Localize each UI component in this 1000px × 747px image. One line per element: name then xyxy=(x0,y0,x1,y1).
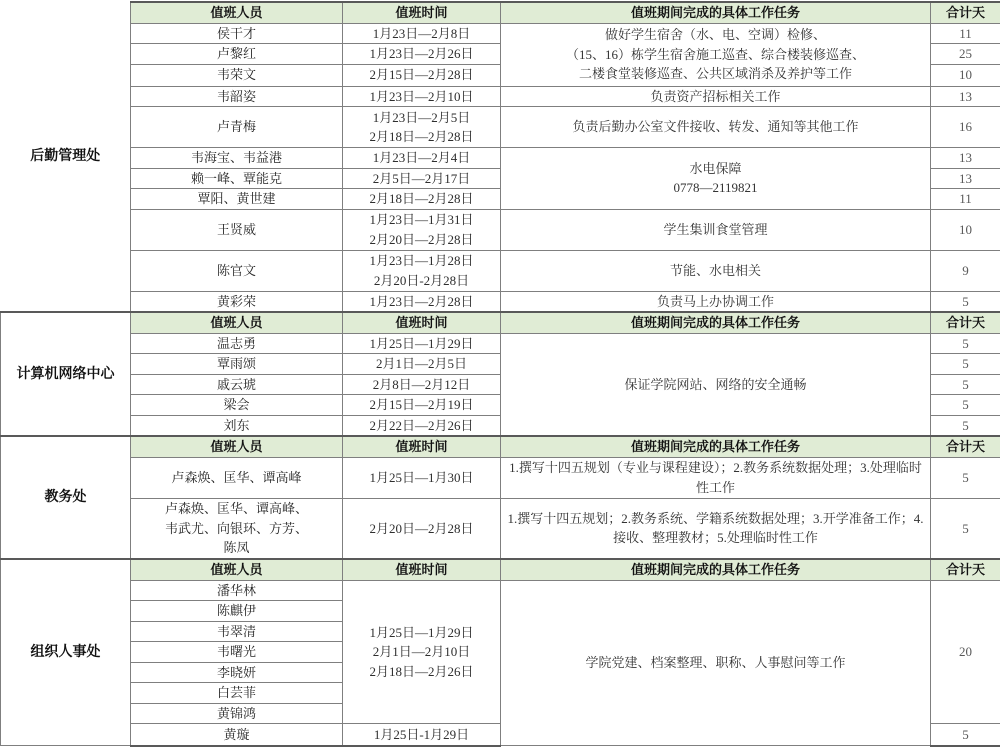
person-cell: 覃雨颂 xyxy=(131,354,343,375)
time-cell: 1月25日—1月29日 xyxy=(343,333,501,354)
total-days-cell: 5 xyxy=(931,415,1000,436)
person-cell: 梁会 xyxy=(131,395,343,416)
total-days-cell: 25 xyxy=(931,44,1000,65)
task-cell: 负责资产招标相关工作 xyxy=(501,86,931,107)
header-time: 值班时间 xyxy=(343,436,501,457)
person-cell: 陈麒伊 xyxy=(131,601,343,622)
department-cell: 后勤管理处 xyxy=(1,2,131,312)
header-time: 值班时间 xyxy=(343,312,501,333)
table-row: 潘华林 1月25日—1月29日 2月1日—2月10日 2月18日—2月26日 学… xyxy=(1,580,1000,601)
time-cell: 2月1日—2月5日 xyxy=(343,354,501,375)
total-days-cell: 5 xyxy=(931,291,1000,312)
total-days-cell: 5 xyxy=(931,333,1000,354)
task-cell: 负责马上办协调工作 xyxy=(501,291,931,312)
time-cell: 1月23日—1月28日 2月20日-2月28日 xyxy=(343,250,501,291)
task-cell: 1.撰写十四五规划（专业与课程建设）；2.教务系统数据处理；3.处理临时性工作 xyxy=(501,457,931,498)
person-cell: 卢青梅 xyxy=(131,107,343,148)
person-cell: 陈官文 xyxy=(131,250,343,291)
person-cell: 赖一峰、覃能克 xyxy=(131,168,343,189)
time-cell: 2月5日—2月17日 xyxy=(343,168,501,189)
total-days-cell: 5 xyxy=(931,457,1000,498)
person-cell: 卢森焕、匡华、谭高峰 xyxy=(131,457,343,498)
total-days-cell: 5 xyxy=(931,354,1000,375)
time-cell: 2月18日—2月28日 xyxy=(343,189,501,210)
header-total: 合计天 xyxy=(931,436,1000,457)
person-cell: 温志勇 xyxy=(131,333,343,354)
total-days-cell: 5 xyxy=(931,498,1000,559)
department-cell: 组织人事处 xyxy=(1,559,131,746)
time-cell: 1月25日—1月29日 2月1日—2月10日 2月18日—2月26日 xyxy=(343,580,501,724)
total-days-cell: 5 xyxy=(931,395,1000,416)
header-total: 合计天 xyxy=(931,312,1000,333)
table-row: 王贤威 1月23日—1月31日 2月20日—2月28日 学生集训食堂管理 10 xyxy=(1,209,1000,250)
header-person: 值班人员 xyxy=(131,2,343,23)
total-days-cell: 5 xyxy=(931,724,1000,746)
department-cell: 计算机网络中心 xyxy=(1,312,131,436)
person-cell: 韦海宝、韦益港 xyxy=(131,148,343,169)
header-time: 值班时间 xyxy=(343,559,501,580)
person-cell: 覃阳、黄世建 xyxy=(131,189,343,210)
task-cell: 负责后勤办公室文件接收、转发、通知等其他工作 xyxy=(501,107,931,148)
table-row: 侯干才 1月23日—2月8日 做好学生宿舍（水、电、空调）检修、 （15、16）… xyxy=(1,23,1000,44)
header-person: 值班人员 xyxy=(131,312,343,333)
table-row: 韦海宝、韦益港 1月23日—2月4日 水电保障 0778—2119821 13 xyxy=(1,148,1000,169)
section-header-row: 组织人事处 值班人员 值班时间 值班期间完成的具体工作任务 合计天 xyxy=(1,559,1000,580)
time-cell: 1月23日—2月28日 xyxy=(343,291,501,312)
total-days-cell: 13 xyxy=(931,86,1000,107)
table-row: 卢森焕、匡华、谭高峰、 韦武尤、向银环、方芳、 陈凤 2月20日—2月28日 1… xyxy=(1,498,1000,559)
table-row: 黄彩荣 1月23日—2月28日 负责马上办协调工作 5 xyxy=(1,291,1000,312)
person-cell: 潘华林 xyxy=(131,580,343,601)
task-cell: 学生集训食堂管理 xyxy=(501,209,931,250)
person-cell: 李晓妍 xyxy=(131,662,343,683)
total-days-cell: 20 xyxy=(931,580,1000,724)
table-row: 陈官文 1月23日—1月28日 2月20日-2月28日 节能、水电相关 9 xyxy=(1,250,1000,291)
person-cell: 韦韶姿 xyxy=(131,86,343,107)
total-days-cell: 11 xyxy=(931,23,1000,44)
time-cell: 1月23日—2月26日 xyxy=(343,44,501,65)
header-time: 值班时间 xyxy=(343,2,501,23)
person-cell: 王贤威 xyxy=(131,209,343,250)
person-cell: 白芸菲 xyxy=(131,683,343,704)
table-row: 温志勇 1月25日—1月29日 保证学院网站、网络的安全通畅 5 xyxy=(1,333,1000,354)
person-cell: 韦翠清 xyxy=(131,621,343,642)
person-cell: 戚云琥 xyxy=(131,374,343,395)
person-cell: 黄璇 xyxy=(131,724,343,746)
section-header-row: 后勤管理处 值班人员 值班时间 值班期间完成的具体工作任务 合计天 xyxy=(1,2,1000,23)
header-person: 值班人员 xyxy=(131,436,343,457)
table-row: 卢青梅 1月23日—2月5日 2月18日—2月28日 负责后勤办公室文件接收、转… xyxy=(1,107,1000,148)
time-cell: 1月23日—2月8日 xyxy=(343,23,501,44)
header-task: 值班期间完成的具体工作任务 xyxy=(501,559,931,580)
header-task: 值班期间完成的具体工作任务 xyxy=(501,312,931,333)
department-cell: 教务处 xyxy=(1,436,131,559)
time-cell: 1月25日-1月29日 xyxy=(343,724,501,746)
task-cell: 水电保障 0778—2119821 xyxy=(501,148,931,210)
time-cell: 1月23日—2月4日 xyxy=(343,148,501,169)
total-days-cell: 11 xyxy=(931,189,1000,210)
person-cell: 刘东 xyxy=(131,415,343,436)
task-cell: 学院党建、档案整理、职称、人事慰问等工作 xyxy=(501,580,931,746)
time-cell: 2月8日—2月12日 xyxy=(343,374,501,395)
header-task: 值班期间完成的具体工作任务 xyxy=(501,2,931,23)
person-cell: 韦曙光 xyxy=(131,642,343,663)
time-cell: 2月20日—2月28日 xyxy=(343,498,501,559)
time-cell: 1月23日—1月31日 2月20日—2月28日 xyxy=(343,209,501,250)
total-days-cell: 5 xyxy=(931,374,1000,395)
person-cell: 侯干才 xyxy=(131,23,343,44)
person-cell: 黄彩荣 xyxy=(131,291,343,312)
time-cell: 1月23日—2月10日 xyxy=(343,86,501,107)
total-days-cell: 9 xyxy=(931,250,1000,291)
task-cell: 1.撰写十四五规划；2.教务系统、学籍系统数据处理；3.开学准备工作；4.接收、… xyxy=(501,498,931,559)
header-task: 值班期间完成的具体工作任务 xyxy=(501,436,931,457)
person-cell: 韦荣文 xyxy=(131,64,343,86)
person-cell: 卢森焕、匡华、谭高峰、 韦武尤、向银环、方芳、 陈凤 xyxy=(131,498,343,559)
header-person: 值班人员 xyxy=(131,559,343,580)
total-days-cell: 16 xyxy=(931,107,1000,148)
time-cell: 2月22日—2月26日 xyxy=(343,415,501,436)
table-row: 韦韶姿 1月23日—2月10日 负责资产招标相关工作 13 xyxy=(1,86,1000,107)
time-cell: 2月15日—2月28日 xyxy=(343,64,501,86)
total-days-cell: 10 xyxy=(931,64,1000,86)
duty-schedule-table: 后勤管理处 值班人员 值班时间 值班期间完成的具体工作任务 合计天 侯干才 1月… xyxy=(0,1,1000,747)
total-days-cell: 13 xyxy=(931,168,1000,189)
total-days-cell: 10 xyxy=(931,209,1000,250)
table-row: 卢森焕、匡华、谭高峰 1月25日—1月30日 1.撰写十四五规划（专业与课程建设… xyxy=(1,457,1000,498)
section-header-row: 教务处 值班人员 值班时间 值班期间完成的具体工作任务 合计天 xyxy=(1,436,1000,457)
time-cell: 1月23日—2月5日 2月18日—2月28日 xyxy=(343,107,501,148)
task-cell: 保证学院网站、网络的安全通畅 xyxy=(501,333,931,436)
task-cell: 做好学生宿舍（水、电、空调）检修、 （15、16）栋学生宿舍施工巡查、综合楼装修… xyxy=(501,23,931,86)
header-total: 合计天 xyxy=(931,2,1000,23)
task-cell: 节能、水电相关 xyxy=(501,250,931,291)
total-days-cell: 13 xyxy=(931,148,1000,169)
person-cell: 黄锦鸿 xyxy=(131,703,343,724)
time-cell: 2月15日—2月19日 xyxy=(343,395,501,416)
section-header-row: 计算机网络中心 值班人员 值班时间 值班期间完成的具体工作任务 合计天 xyxy=(1,312,1000,333)
header-total: 合计天 xyxy=(931,559,1000,580)
time-cell: 1月25日—1月30日 xyxy=(343,457,501,498)
person-cell: 卢黎红 xyxy=(131,44,343,65)
